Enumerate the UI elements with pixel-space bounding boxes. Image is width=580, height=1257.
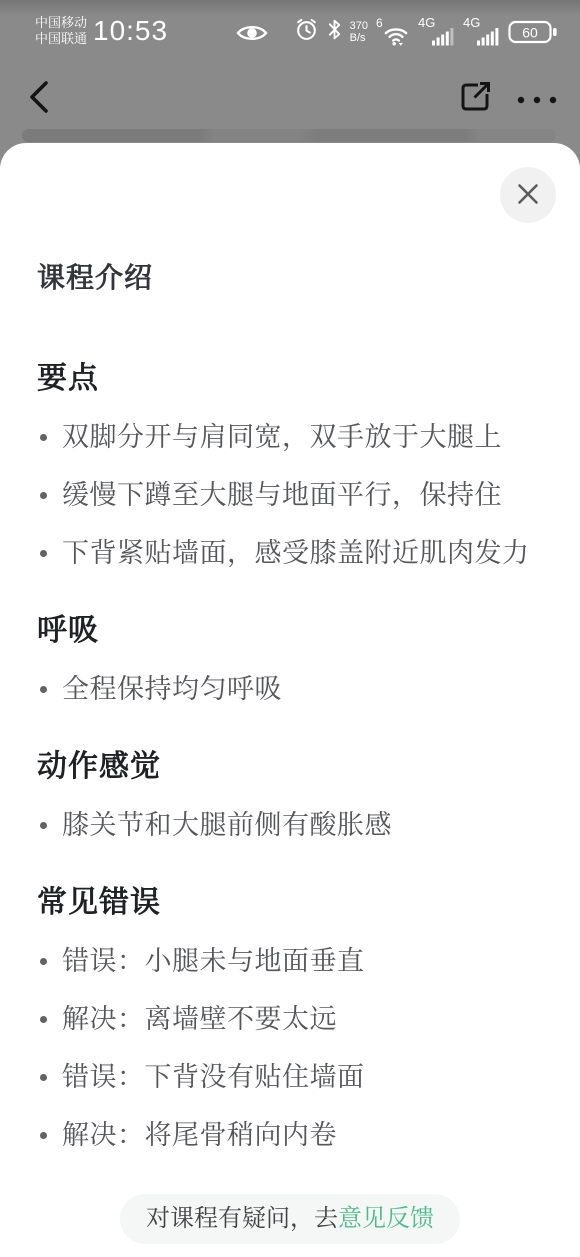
- status-bar: 中国移动 中国联通 10:53: [0, 0, 580, 62]
- battery-icon: 60: [508, 19, 558, 45]
- list-item: 双脚分开与肩同宽，双手放于大腿上: [37, 423, 543, 451]
- carrier-2: 中国联通: [35, 31, 87, 47]
- bullet-dot: [40, 686, 47, 693]
- section-key-points: 要点 双脚分开与肩同宽，双手放于大腿上 缓慢下蹲至大腿与地面平行，保持住 下背紧…: [37, 363, 543, 567]
- bullet-text: 膝关节和大腿前侧有酸胀感: [62, 811, 392, 839]
- list-item: 解决：离墙壁不要太远: [37, 1005, 543, 1033]
- signal-bars-sim2-icon: 4G: [463, 16, 500, 48]
- network-speed-unit: B/s: [350, 32, 368, 44]
- network-speed: 370 B/s: [350, 20, 368, 44]
- eye-protection-icon: [236, 22, 268, 49]
- section-common-mistakes: 常见错误 错误：小腿未与地面垂直 解决：离墙壁不要太远 错误：下背没有贴住墙面 …: [37, 887, 543, 1149]
- network-speed-value: 370: [350, 20, 368, 32]
- status-icons: 370 B/s 6 4G: [294, 13, 558, 51]
- bullet-text: 全程保持均匀呼吸: [62, 675, 282, 703]
- feedback-link[interactable]: 意见反馈: [338, 1205, 434, 1232]
- feedback-pill: 对课程有疑问，去意见反馈: [120, 1194, 460, 1244]
- course-intro-sheet: 课程介绍 要点 双脚分开与肩同宽，双手放于大腿上 缓慢下蹲至大腿与地面平行，保持…: [0, 143, 580, 1257]
- section-breathing: 呼吸 全程保持均匀呼吸: [37, 615, 543, 703]
- back-button[interactable]: [28, 80, 50, 117]
- section-heading: 呼吸: [37, 615, 543, 647]
- status-time: 10:53: [93, 13, 168, 49]
- alarm-icon: [294, 17, 319, 47]
- bullet-text: 错误：下背没有贴住墙面: [62, 1063, 365, 1091]
- page-title: 课程介绍: [37, 263, 543, 293]
- bullet-text: 缓慢下蹲至大腿与地面平行，保持住: [62, 481, 502, 509]
- list-item: 错误：下背没有贴住墙面: [37, 1063, 543, 1091]
- bullet-dot: [40, 822, 47, 829]
- share-icon: [456, 104, 494, 119]
- bullet-text: 下背紧贴墙面，感受膝盖附近肌肉发力: [62, 539, 530, 567]
- wifi-icon: 6: [376, 17, 410, 47]
- bullet-text: 解决：离墙壁不要太远: [62, 1005, 337, 1033]
- list-item: 膝关节和大腿前侧有酸胀感: [37, 811, 543, 839]
- list-item: 解决：将尾骨稍向内卷: [37, 1121, 543, 1149]
- bullet-dot: [40, 958, 47, 965]
- list-item: 全程保持均匀呼吸: [37, 675, 543, 703]
- close-button[interactable]: [500, 167, 556, 223]
- battery-percent: 60: [522, 25, 538, 41]
- bullet-text: 错误：小腿未与地面垂直: [62, 947, 365, 975]
- more-button[interactable]: [516, 93, 558, 108]
- carrier-1: 中国移动: [35, 15, 87, 31]
- list-item: 错误：小腿未与地面垂直: [37, 947, 543, 975]
- carrier-labels: 中国移动 中国联通: [35, 15, 87, 47]
- dimmed-underlying-content: [22, 129, 556, 142]
- list-item: 缓慢下蹲至大腿与地面平行，保持住: [37, 481, 543, 509]
- bullet-text: 双脚分开与肩同宽，双手放于大腿上: [62, 423, 502, 451]
- close-icon: [517, 183, 539, 208]
- back-icon: [28, 102, 50, 117]
- bullet-text: 解决：将尾骨稍向内卷: [62, 1121, 337, 1149]
- more-icon: [516, 93, 558, 108]
- list-item: 下背紧贴墙面，感受膝盖附近肌肉发力: [37, 539, 543, 567]
- app-screen: 中国移动 中国联通 10:53: [0, 0, 580, 1257]
- signal-bars-sim1-icon: 4G: [418, 16, 455, 48]
- bullet-dot: [40, 434, 47, 441]
- section-heading: 常见错误: [37, 887, 543, 919]
- bullet-dot: [40, 1074, 47, 1081]
- bullet-dot: [40, 1016, 47, 1023]
- bluetooth-icon: [327, 17, 342, 47]
- section-heading: 要点: [37, 363, 543, 395]
- section-movement-feel: 动作感觉 膝关节和大腿前侧有酸胀感: [37, 751, 543, 839]
- share-button[interactable]: [456, 78, 494, 119]
- bullet-dot: [40, 550, 47, 557]
- bullet-dot: [40, 492, 47, 499]
- bullet-dot: [40, 1132, 47, 1139]
- feedback-prefix: 对课程有疑问，去: [146, 1205, 338, 1232]
- section-heading: 动作感觉: [37, 751, 543, 783]
